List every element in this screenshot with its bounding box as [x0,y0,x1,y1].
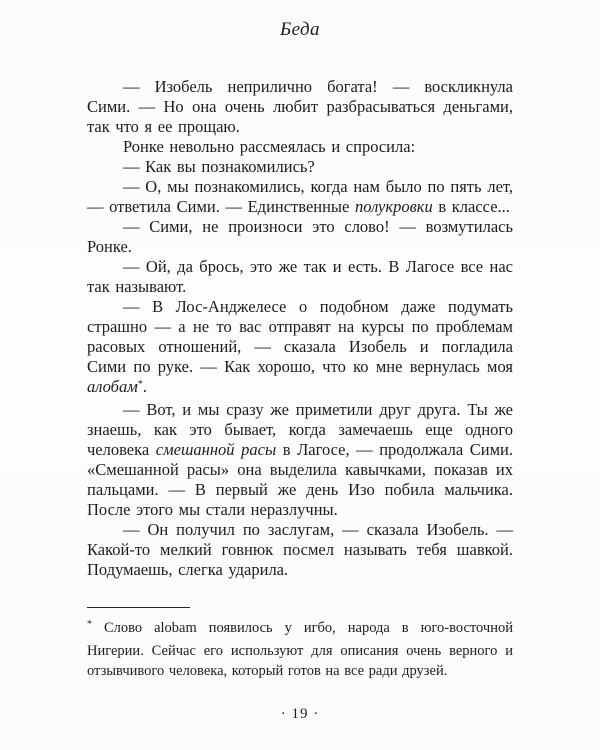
paragraph: — Вот, и мы сразу же приметили друг друг… [87,400,513,520]
text-run: — Как вы познакомились? [123,157,315,176]
text-run: . [143,377,147,396]
paragraph: — Сими, не произноси это слово! — возмут… [87,217,513,257]
paragraph: — Ой, да брось, это же так и есть. В Лаг… [87,257,513,297]
paragraph: — О, мы познакомились, когда нам было по… [87,177,513,217]
text-run: алобам [87,377,138,396]
paragraph: — Он получил по заслугам, — сказала Изоб… [87,520,513,580]
page-number: · 19 · [0,706,600,723]
text-run: Слово alobam появилось у игбо, народа в … [87,620,513,679]
footnote-separator [87,607,190,608]
footnote-marker: * [87,619,92,630]
text-run: — Ой, да брось, это же так и есть. В Лаг… [87,257,513,296]
paragraph: — Изобель неприлично богата! — воскликну… [87,77,513,137]
text-run: — Сими, не произноси это слово! — возмут… [87,217,513,256]
text-run: — В Лос-Анджелесе о подобном даже подума… [87,297,513,376]
footnote-marker: * [138,379,143,390]
text-run: в классе... [433,197,510,216]
paragraph: — Как вы познакомились? [87,157,513,177]
text-run: полукровки [355,197,433,216]
paragraph: — В Лос-Анджелесе о подобном даже подума… [87,297,513,400]
chapter-running-header: Беда [0,19,600,41]
footnote-text: * Слово alobam появилось у игбо, народа … [87,618,513,682]
paragraph: Ронке невольно рассмеялась и спросила: [87,137,513,157]
text-run: — Он получил по заслугам, — сказала Изоб… [87,520,513,579]
text-run: смешанной расы [156,440,276,459]
book-page: Беда — Изобель неприлично богата! — воск… [0,0,600,750]
body-text: — Изобель неприлично богата! — воскликну… [87,77,513,580]
text-run: — Изобель неприлично богата! — воскликну… [87,77,513,136]
text-run: Ронке невольно рассмеялась и спросила: [123,137,415,156]
